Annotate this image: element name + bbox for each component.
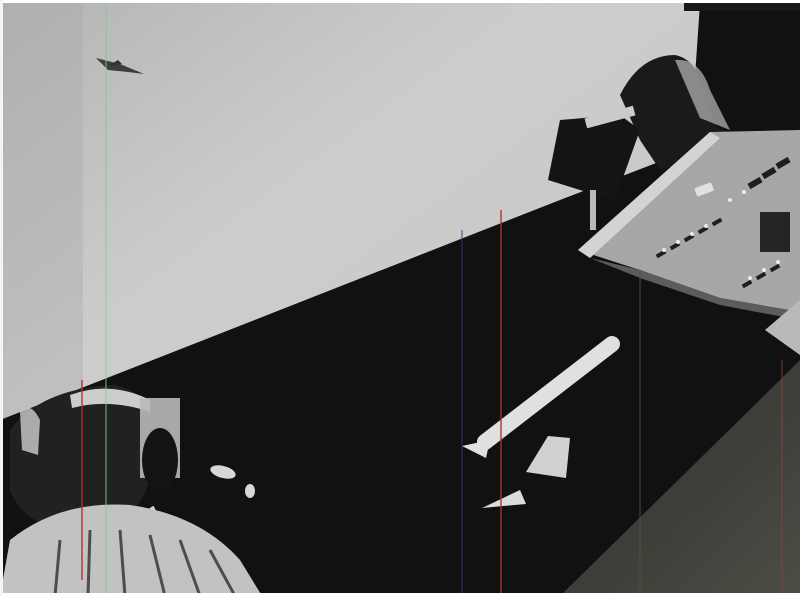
photograph [0,0,800,596]
